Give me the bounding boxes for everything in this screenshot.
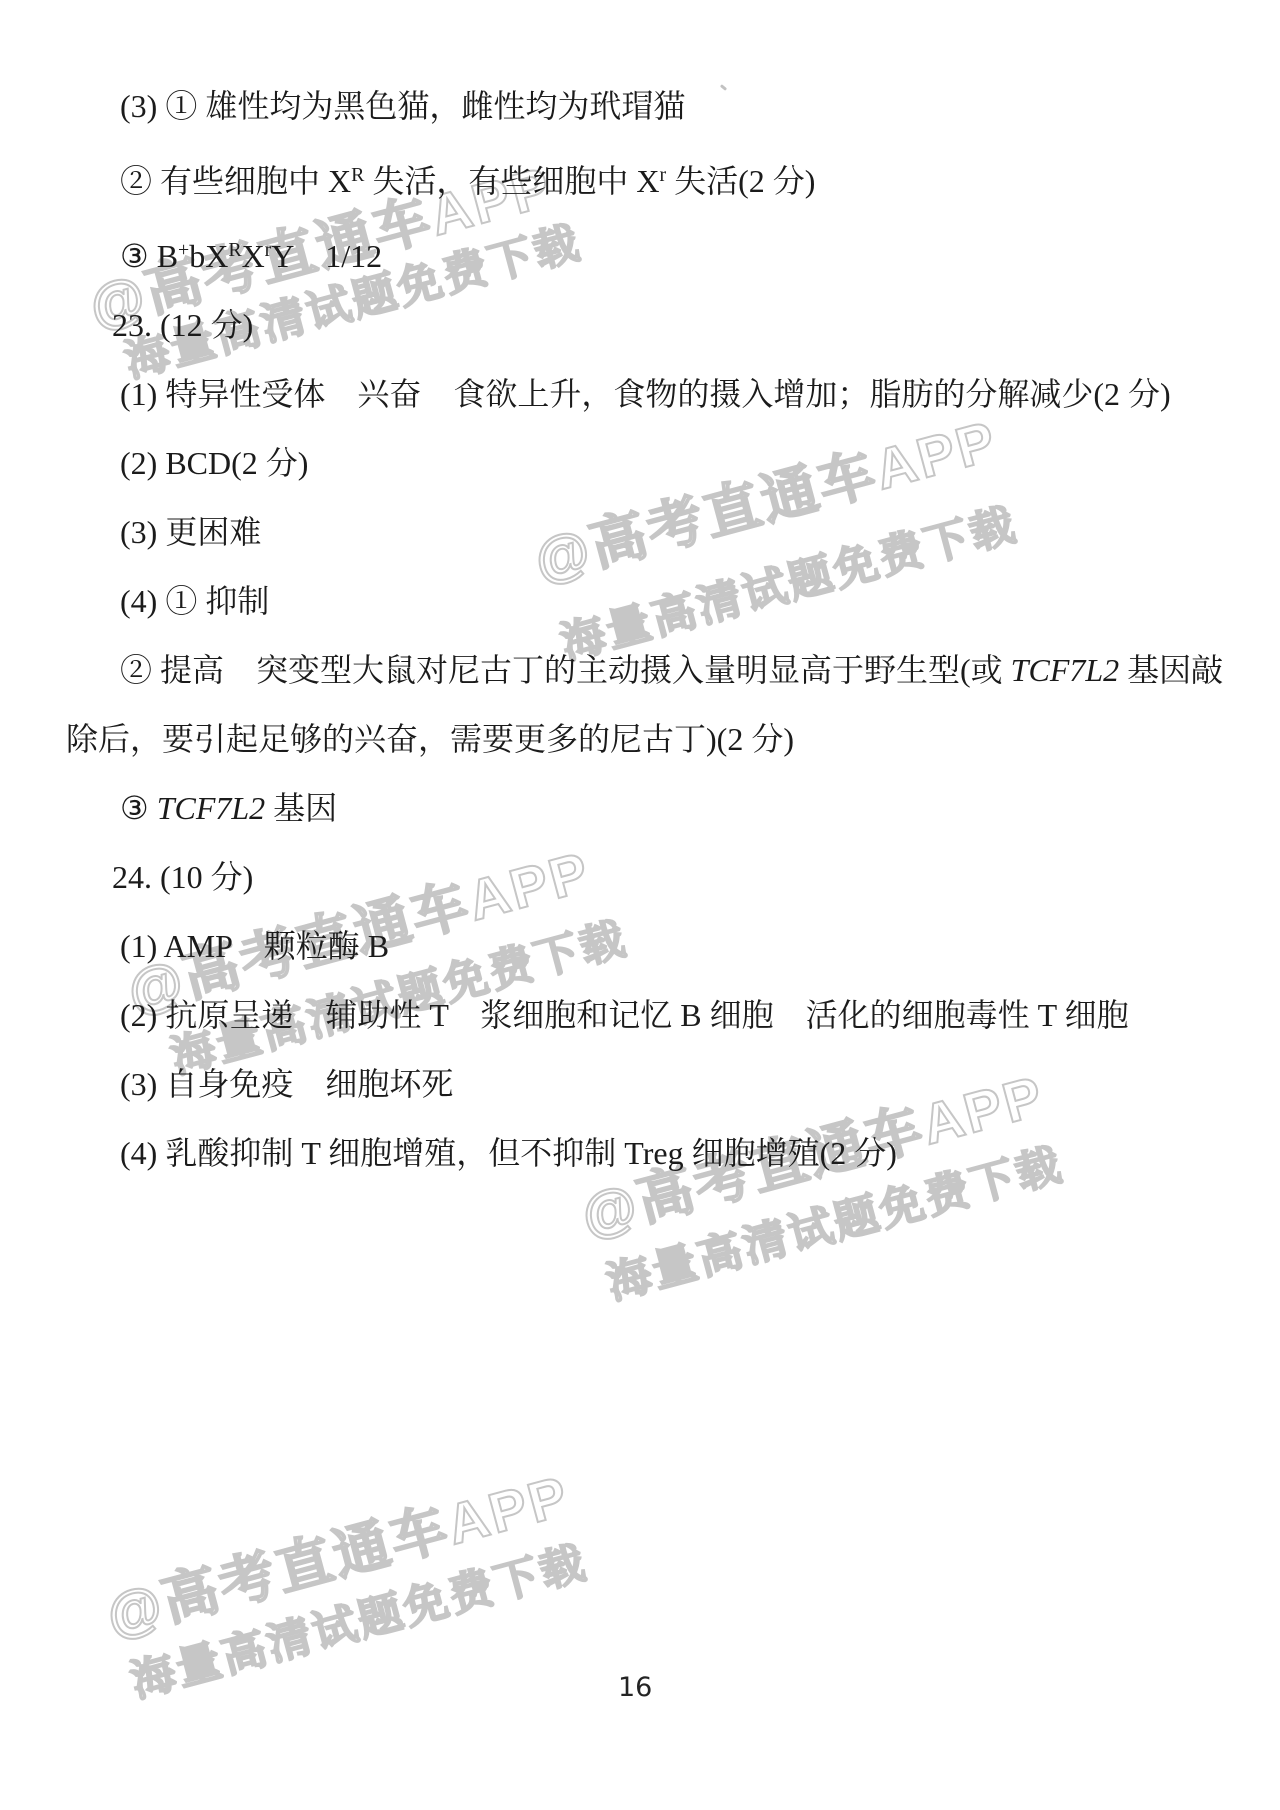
- text-segment: R: [351, 164, 364, 186]
- text-segment: ② 提高 突变型大鼠对尼古丁的主动摄入量明显高于野生型(或: [120, 652, 1011, 688]
- text-segment: (1) AMP 颗粒酶 B: [120, 928, 389, 964]
- page-number: 16: [618, 1672, 652, 1703]
- text-line: (3) 自身免疫 细胞坏死: [66, 1066, 1250, 1102]
- text-segment: (4) ① 抑制: [120, 583, 269, 619]
- text-segment: TCF7L2: [157, 790, 265, 826]
- text-line: (1) 特异性受体 兴奋 食欲上升，食物的摄入增加；脂肪的分解减少(2 分): [66, 376, 1250, 412]
- text-segment: 失活(2 分): [666, 163, 815, 199]
- text-segment: ③ B: [120, 238, 178, 274]
- text-segment: Y 1/12: [271, 238, 382, 274]
- text-segment: (4) 乳酸抑制 T 细胞增殖，但不抑制 Treg 细胞增殖(2 分): [120, 1135, 897, 1171]
- text-segment: ③: [120, 790, 157, 826]
- text-segment: 24. (10 分): [112, 859, 253, 895]
- answer-lines: (3) ① 雄性均为黑色猫，雌性均为玳瑁猫② 有些细胞中 XR 失活，有些细胞中…: [66, 88, 1250, 1204]
- text-segment: (2) 抗原呈递 辅助性 T 浆细胞和记忆 B 细胞 活化的细胞毒性 T 细胞: [120, 997, 1129, 1033]
- text-segment: 23. (12 分): [112, 307, 253, 343]
- text-segment: (2) BCD(2 分): [120, 445, 308, 481]
- text-segment: X: [242, 238, 265, 274]
- text-line: ③ B+bXRXrY 1/12: [66, 232, 1250, 274]
- text-line: 24. (10 分): [66, 859, 1250, 895]
- text-line: (4) 乳酸抑制 T 细胞增殖，但不抑制 Treg 细胞增殖(2 分): [66, 1135, 1250, 1171]
- text-line: (3) 更困难: [66, 514, 1250, 550]
- document-page: @高考直通车APP 海量高清试题免费下载 @高考直通车APP 海量高清试题免费下…: [0, 0, 1280, 1810]
- text-segment: 失活，有些细胞中 X: [364, 163, 659, 199]
- text-segment: ② 有些细胞中 X: [120, 163, 351, 199]
- text-segment: (1) 特异性受体 兴奋 食欲上升，食物的摄入增加；脂肪的分解减少(2 分): [120, 376, 1171, 412]
- text-line: ③ TCF7L2 基因: [66, 790, 1250, 826]
- text-segment: R: [228, 239, 241, 261]
- text-segment: TCF7L2: [1011, 652, 1119, 688]
- text-line: ② 提高 突变型大鼠对尼古丁的主动摄入量明显高于野生型(或 TCF7L2 基因敲: [66, 652, 1250, 688]
- text-line: (1) AMP 颗粒酶 B: [66, 928, 1250, 964]
- text-segment: bX: [189, 238, 228, 274]
- text-line: (3) ① 雄性均为黑色猫，雌性均为玳瑁猫: [66, 88, 1250, 124]
- text-segment: (3) ① 雄性均为黑色猫，雌性均为玳瑁猫: [120, 88, 685, 124]
- text-segment: +: [178, 239, 189, 261]
- text-segment: 基因: [265, 790, 337, 826]
- text-line: (2) 抗原呈递 辅助性 T 浆细胞和记忆 B 细胞 活化的细胞毒性 T 细胞: [66, 997, 1250, 1033]
- text-segment: (3) 更困难: [120, 514, 261, 550]
- text-segment: 基因敲: [1119, 652, 1223, 688]
- text-line: (2) BCD(2 分): [66, 445, 1250, 481]
- text-segment: 除后，要引起足够的兴奋，需要更多的尼古丁)(2 分): [66, 721, 794, 757]
- text-segment: (3) 自身免疫 细胞坏死: [120, 1066, 453, 1102]
- text-line: (4) ① 抑制: [66, 583, 1250, 619]
- text-line: 除后，要引起足够的兴奋，需要更多的尼古丁)(2 分): [66, 721, 1250, 757]
- text-line: ② 有些细胞中 XR 失活，有些细胞中 Xr 失活(2 分): [66, 157, 1250, 199]
- watermark-slogan: 海量高清试题免费下载: [123, 1526, 594, 1709]
- watermark-app-name: @高考直通车APP: [96, 1452, 577, 1653]
- text-line: 23. (12 分): [66, 307, 1250, 343]
